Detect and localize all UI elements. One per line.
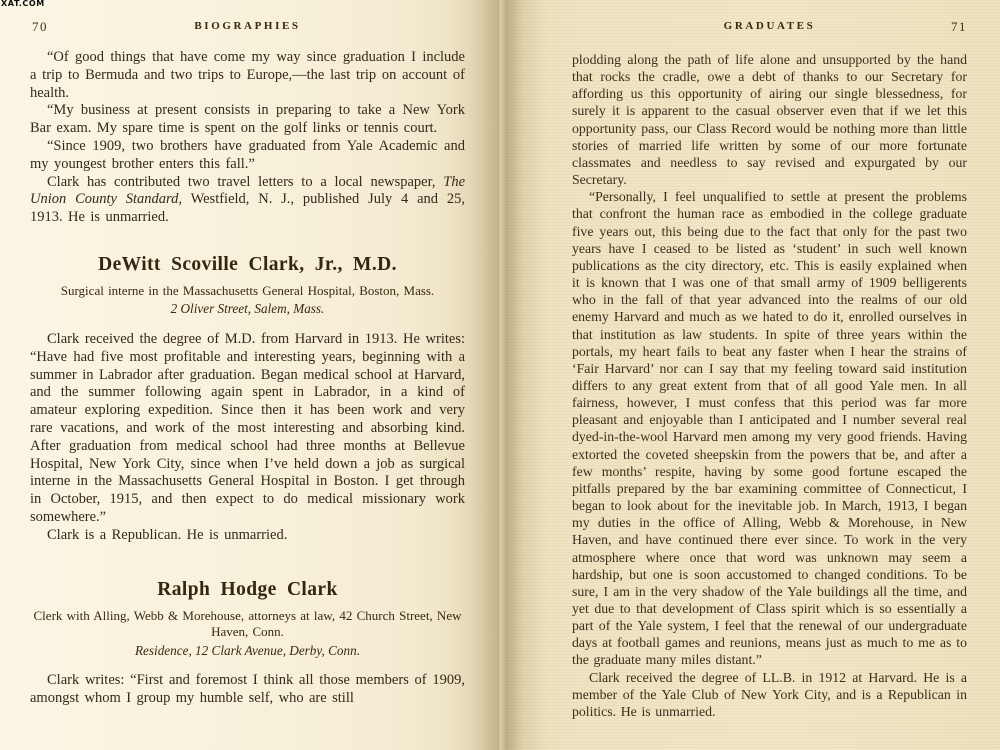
paragraph-continuation: plodding along the path of life alone an… — [572, 51, 967, 188]
paragraph: “My business at present consists in prep… — [30, 102, 465, 138]
paragraph: “Of good things that have come my way si… — [30, 49, 465, 102]
entry-residence: Residence, 12 Clark Avenue, Derby, Conn. — [30, 643, 465, 660]
watermark: xat.com — [1, 0, 45, 8]
paragraph: Clark is a Republican. He is unmarried. — [30, 527, 465, 545]
paragraph: Clark received the degree of LL.B. in 19… — [572, 669, 967, 720]
paragraph: Clark writes: “First and foremost I thin… — [30, 672, 465, 708]
book-spread: xat.com 70 BIOGRAPHIES “Of good things t… — [0, 0, 1000, 750]
paragraph: “Since 1909, two brothers have graduated… — [30, 138, 465, 174]
entry-occupation: Clerk with Alling, Webb & Morehouse, att… — [30, 608, 465, 641]
page-number-right: 71 — [951, 19, 967, 35]
right-page-header: GRADUATES 71 — [572, 20, 967, 35]
left-page-body: “Of good things that have come my way si… — [30, 49, 465, 708]
paragraph: Clark has contributed two travel letters… — [30, 174, 465, 227]
paragraph: Clark received the degree of M.D. from H… — [30, 331, 465, 527]
right-page-body: plodding along the path of life alone an… — [572, 51, 967, 720]
entry-occupation: Surgical interne in the Massachusetts Ge… — [30, 283, 465, 300]
right-page: GRADUATES 71 plodding along the path of … — [497, 0, 1000, 750]
entry-address: 2 Oliver Street, Salem, Mass. — [30, 301, 465, 318]
paragraph: “Personally, I feel unqualified to settl… — [572, 188, 967, 668]
left-page-header: 70 BIOGRAPHIES — [30, 20, 465, 35]
running-head-right: GRADUATES — [572, 20, 967, 32]
paragraph-text: Clark has contributed two travel letters… — [47, 174, 443, 190]
right-page-content: GRADUATES 71 plodding along the path of … — [497, 0, 1000, 750]
entry-heading-dewitt-clark: DeWitt Scoville Clark, Jr., M.D. — [30, 253, 465, 276]
left-page-content: 70 BIOGRAPHIES “Of good things that have… — [0, 0, 497, 750]
running-head-left: BIOGRAPHIES — [30, 20, 465, 32]
page-number-left: 70 — [32, 19, 48, 35]
left-page: 70 BIOGRAPHIES “Of good things that have… — [0, 0, 497, 750]
entry-heading-ralph-clark: Ralph Hodge Clark — [30, 578, 465, 601]
